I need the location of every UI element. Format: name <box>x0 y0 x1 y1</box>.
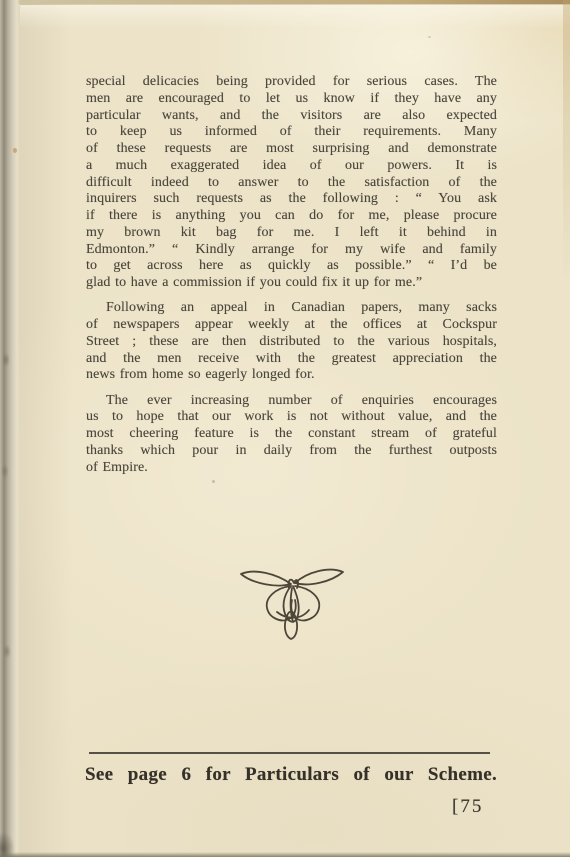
paragraph: special delicacies being provided for se… <box>86 74 497 292</box>
page-edge-top-highlight <box>20 4 570 29</box>
text-line: thanks which pour in daily from the furt… <box>86 443 497 460</box>
floral-ornament-icon <box>237 562 347 642</box>
text-line: particular wants, and the visitors are a… <box>86 108 497 125</box>
text-line: of these requests are most surprising an… <box>86 141 497 158</box>
text-line: of Empire. <box>86 460 497 477</box>
footer-note: See page 6 for Particulars of our Scheme… <box>85 762 497 787</box>
text-line: Street ; these are then distributed to t… <box>86 334 497 351</box>
book-page-scan: special delicacies being provided for se… <box>0 0 570 857</box>
footer-rule <box>89 752 490 754</box>
text-line: my brown kit bag for me. I left it behin… <box>86 225 497 242</box>
paragraph: Following an appeal in Canadian papers, … <box>86 300 497 384</box>
text-line: and the men receive with the greatest ap… <box>86 351 497 368</box>
text-line: inquirers such requests as the following… <box>86 191 497 208</box>
text-block: special delicacies being provided for se… <box>86 74 497 485</box>
text-line: to keep us informed of their requirement… <box>86 124 497 141</box>
text-line: of newspapers appear weekly at the offic… <box>86 317 497 334</box>
text-line: to get across here as quickly as possibl… <box>86 258 497 275</box>
text-line: news from home so eagerly longed for. <box>86 367 497 384</box>
page-edge-bottom <box>0 852 570 857</box>
page-number: [75 <box>452 796 483 818</box>
text-line: us to hope that our work is not without … <box>86 409 497 426</box>
page-edge-binding <box>0 0 20 857</box>
text-line: The ever increasing number of enquiries … <box>86 393 497 410</box>
text-line: Edmonton.” “ Kindly arrange for my wife … <box>86 242 497 259</box>
text-line: glad to have a commission if you could f… <box>86 275 497 292</box>
text-line: a much exaggerated idea of our powers. I… <box>86 158 497 175</box>
foxing-speck <box>13 148 17 153</box>
text-line: Following an appeal in Canadian papers, … <box>86 300 497 317</box>
text-line: men are encouraged to let us know if the… <box>86 91 497 108</box>
paragraph: The ever increasing number of enquiries … <box>86 393 497 477</box>
foxing-speck <box>428 36 431 38</box>
text-line: difficult indeed to answer to the satisf… <box>86 175 497 192</box>
text-line: most cheering feature is the constant st… <box>86 426 497 443</box>
page-edge-right <box>563 0 570 280</box>
text-line: if there is anything you can do for me, … <box>86 208 497 225</box>
text-line: special delicacies being provided for se… <box>86 74 497 91</box>
